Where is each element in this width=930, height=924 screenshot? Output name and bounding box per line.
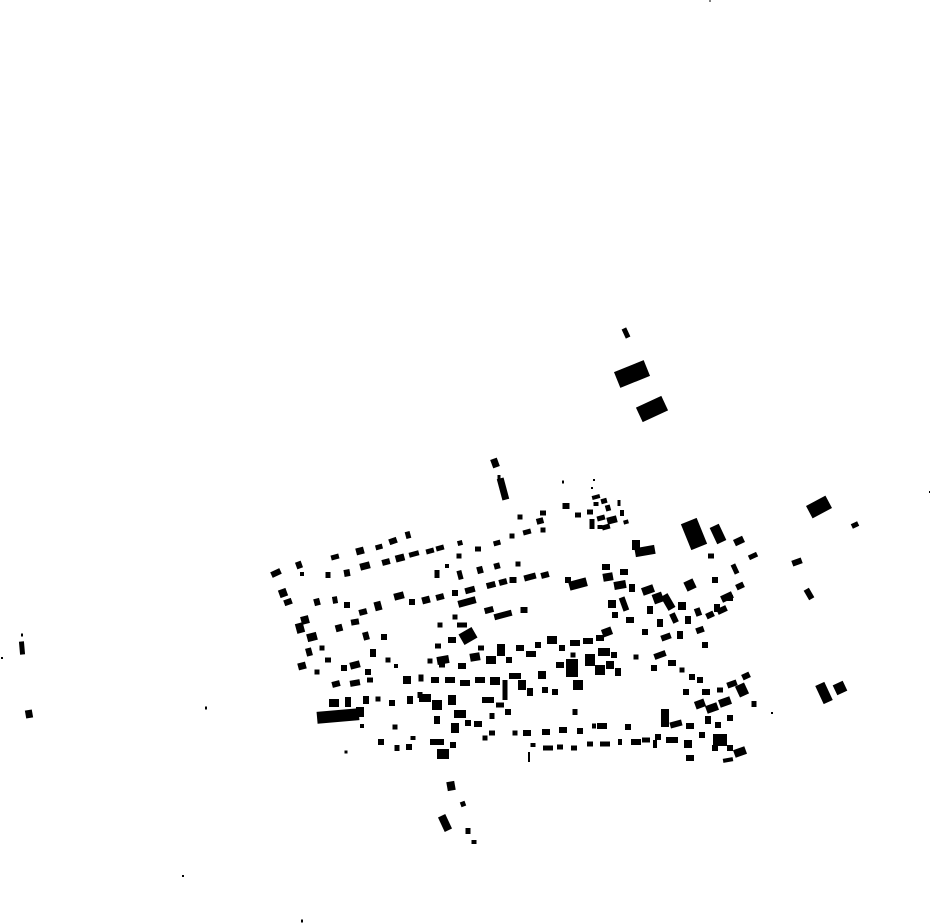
building-footprint xyxy=(409,599,415,605)
building-footprint xyxy=(498,578,507,586)
building-footprint xyxy=(606,661,614,669)
building-footprint xyxy=(522,529,531,536)
building-footprint xyxy=(618,739,622,745)
building-footprint xyxy=(733,746,747,758)
building-footprint xyxy=(748,552,758,560)
building-footprint xyxy=(733,536,745,547)
building-footprint xyxy=(626,617,634,623)
building-footprint xyxy=(497,477,509,500)
building-footprint xyxy=(472,840,477,844)
building-footprint xyxy=(601,524,610,531)
building-footprint xyxy=(526,651,536,657)
building-footprint xyxy=(562,481,564,484)
building-footprint xyxy=(300,572,304,576)
building-footprint xyxy=(425,548,434,555)
building-footprint xyxy=(509,673,521,679)
building-footprints-layer xyxy=(0,0,930,924)
building-footprint xyxy=(306,632,318,642)
building-footprint xyxy=(456,570,463,580)
building-footprint xyxy=(611,652,617,658)
building-footprint xyxy=(653,650,666,660)
building-footprint xyxy=(370,649,376,657)
building-footprint xyxy=(694,699,706,710)
building-footprint xyxy=(727,715,733,721)
building-footprint xyxy=(552,689,558,695)
building-footprint xyxy=(547,636,557,644)
building-footprint xyxy=(718,696,732,708)
building-footprint xyxy=(735,582,745,591)
building-footprint xyxy=(355,547,365,556)
building-footprint xyxy=(469,652,480,662)
building-footprint xyxy=(680,668,685,673)
building-footprint xyxy=(503,680,508,700)
building-footprint xyxy=(436,655,449,665)
building-footprint xyxy=(490,677,500,685)
building-footprint xyxy=(278,588,288,598)
building-footprint xyxy=(358,608,367,616)
building-footprint xyxy=(727,745,733,751)
building-footprint xyxy=(490,713,495,719)
building-footprint xyxy=(577,728,583,734)
building-footprint xyxy=(669,612,679,624)
building-footprint xyxy=(493,562,500,569)
building-footprint xyxy=(702,689,710,695)
building-footprint xyxy=(457,623,467,628)
building-footprint xyxy=(493,540,501,547)
building-footprint xyxy=(432,700,442,710)
building-footprint xyxy=(708,554,714,559)
building-footprint xyxy=(528,752,530,762)
building-footprint xyxy=(494,610,513,620)
building-footprint xyxy=(683,689,689,695)
building-footprint xyxy=(446,781,455,791)
building-footprint xyxy=(597,723,607,729)
building-footprint xyxy=(661,593,676,611)
building-footprint xyxy=(460,801,466,807)
building-footprint xyxy=(434,716,440,724)
building-footprint xyxy=(460,680,470,686)
building-footprint xyxy=(421,596,431,605)
building-footprint xyxy=(591,487,593,489)
building-footprint xyxy=(668,660,676,666)
building-footprint xyxy=(625,724,631,730)
building-footprint xyxy=(851,521,859,528)
building-footprint xyxy=(598,648,610,656)
building-footprint xyxy=(523,573,536,582)
building-footprint xyxy=(329,699,339,707)
building-footprint xyxy=(587,510,593,515)
building-footprint xyxy=(727,595,733,601)
building-footprint xyxy=(25,709,33,718)
building-footprint xyxy=(642,629,648,635)
building-footprint xyxy=(431,677,439,683)
building-footprint xyxy=(378,739,384,745)
building-footprint xyxy=(435,593,444,601)
building-footprint xyxy=(356,707,364,717)
building-footprint xyxy=(465,720,471,726)
building-footprint xyxy=(636,396,668,422)
building-footprint xyxy=(712,577,718,583)
building-footprint xyxy=(592,724,596,729)
building-footprint xyxy=(381,634,387,640)
building-footprint xyxy=(791,557,802,566)
building-footprint xyxy=(660,632,671,641)
building-footprint xyxy=(403,676,411,684)
building-footprint xyxy=(605,504,611,511)
building-footprint xyxy=(395,745,400,751)
building-footprint xyxy=(600,498,607,504)
building-footprint xyxy=(409,550,420,557)
building-footprint xyxy=(343,569,350,577)
building-footprint xyxy=(437,749,449,759)
building-footprint xyxy=(182,875,184,877)
building-footprint xyxy=(541,528,546,533)
building-footprint xyxy=(542,729,550,735)
building-footprint xyxy=(438,814,452,832)
building-footprint xyxy=(657,619,663,627)
building-footprint xyxy=(360,724,364,728)
building-footprint xyxy=(752,701,757,707)
building-footprint xyxy=(506,657,512,663)
building-footprint xyxy=(450,742,456,748)
building-footprint xyxy=(669,720,682,729)
building-footprint xyxy=(459,627,478,645)
building-footprint xyxy=(587,742,593,747)
building-footprint xyxy=(496,703,504,708)
building-footprint xyxy=(373,601,382,612)
building-footprint xyxy=(590,519,595,529)
building-footprint xyxy=(594,502,599,506)
building-footprint xyxy=(559,727,567,733)
building-footprint xyxy=(705,702,719,714)
building-footprint xyxy=(389,700,395,706)
building-footprint xyxy=(381,558,390,566)
building-footprint xyxy=(419,694,431,702)
building-footprint xyxy=(483,736,488,741)
building-footprint xyxy=(523,730,531,736)
building-footprint xyxy=(452,590,458,596)
building-footprint xyxy=(678,602,686,610)
building-footprint xyxy=(620,510,624,516)
building-footprint xyxy=(631,739,641,745)
building-footprint xyxy=(566,659,578,677)
building-footprint xyxy=(571,746,577,751)
building-footprint xyxy=(454,710,466,718)
building-footprint xyxy=(283,598,293,606)
building-footprint xyxy=(686,755,694,761)
building-footprint xyxy=(305,647,313,656)
building-footprint xyxy=(596,635,604,641)
building-footprint xyxy=(395,553,406,562)
building-footprint xyxy=(600,742,610,747)
building-footprint xyxy=(686,723,694,729)
building-footprint xyxy=(438,623,443,628)
building-footprint xyxy=(629,584,635,592)
building-footprint xyxy=(490,458,500,469)
building-footprint xyxy=(694,607,702,617)
building-footprint xyxy=(301,920,303,923)
building-footprint xyxy=(641,584,655,596)
building-footprint xyxy=(332,596,338,604)
building-footprint xyxy=(341,665,347,671)
building-footprint xyxy=(538,671,546,679)
building-footprint xyxy=(498,475,501,479)
building-footprint xyxy=(320,646,325,651)
building-footprint xyxy=(623,519,629,524)
building-footprint xyxy=(575,513,581,518)
building-footprint xyxy=(521,607,528,613)
building-footprint xyxy=(345,751,348,754)
building-footprint xyxy=(713,734,727,746)
building-footprint xyxy=(513,731,518,736)
building-footprint xyxy=(484,606,494,614)
building-footprint xyxy=(815,682,833,704)
building-footprint xyxy=(593,479,595,481)
building-footprint xyxy=(365,669,371,675)
building-footprint xyxy=(806,496,832,519)
building-footprint xyxy=(474,721,482,727)
building-footprint xyxy=(505,709,511,715)
building-footprint xyxy=(376,697,381,702)
building-footprint xyxy=(612,612,618,618)
building-footprint xyxy=(393,725,398,730)
building-footprint xyxy=(613,580,626,590)
building-footprint xyxy=(571,653,576,658)
building-footprint xyxy=(731,563,740,574)
building-footprint xyxy=(406,744,412,750)
building-footprint xyxy=(475,547,481,552)
building-footprint xyxy=(685,616,691,624)
building-footprint xyxy=(570,640,580,646)
building-footprint xyxy=(448,695,456,705)
building-footprint xyxy=(419,675,424,682)
building-footprint xyxy=(518,515,523,520)
building-footprint xyxy=(619,596,629,611)
building-footprint xyxy=(804,588,815,601)
building-footprint xyxy=(330,554,339,561)
building-footprint xyxy=(608,600,616,608)
building-footprint xyxy=(510,577,517,583)
building-footprint xyxy=(557,745,563,750)
building-footprint xyxy=(1,657,3,659)
building-footprint xyxy=(710,0,711,2)
building-footprint xyxy=(647,606,653,614)
building-footprint xyxy=(349,660,360,669)
building-footprint xyxy=(540,571,549,579)
building-footprint xyxy=(651,665,657,671)
building-footprint xyxy=(475,677,485,683)
building-footprint xyxy=(516,645,524,651)
building-footprint xyxy=(457,596,476,607)
building-footprint xyxy=(486,581,496,589)
building-footprint xyxy=(695,626,705,634)
building-footprint xyxy=(606,515,617,524)
building-footprint xyxy=(510,534,515,539)
building-footprint xyxy=(315,670,320,675)
building-footprint xyxy=(428,659,433,664)
building-footprint xyxy=(518,680,526,690)
building-footprint xyxy=(689,674,695,680)
building-footprint xyxy=(335,624,344,633)
building-footprint xyxy=(542,687,548,693)
building-footprint xyxy=(388,537,398,545)
building-footprint xyxy=(540,511,546,516)
building-footprint xyxy=(363,696,369,704)
building-footprint xyxy=(458,663,466,669)
building-footprint xyxy=(565,577,571,583)
building-footprint xyxy=(702,642,708,648)
building-footprint xyxy=(435,545,444,552)
building-footprint xyxy=(476,566,484,574)
building-footprint xyxy=(535,642,541,648)
building-footprint xyxy=(497,644,505,656)
building-footprint xyxy=(715,722,721,728)
building-footprint xyxy=(563,503,570,509)
building-footprint xyxy=(350,679,361,687)
building-footprint xyxy=(618,500,621,506)
building-footprint xyxy=(451,723,459,733)
building-footprint xyxy=(592,494,601,500)
building-footprint xyxy=(326,572,331,578)
building-footprint xyxy=(573,709,578,715)
building-footprint xyxy=(771,712,773,714)
building-footprint xyxy=(478,646,484,651)
building-footprint xyxy=(712,745,718,751)
building-footprint xyxy=(536,517,544,525)
building-footprint xyxy=(362,631,370,640)
building-footprint xyxy=(642,738,650,743)
building-footprint xyxy=(653,740,657,748)
building-footprint xyxy=(655,734,661,740)
building-footprint xyxy=(331,680,340,688)
building-footprint xyxy=(486,656,496,664)
building-footprint xyxy=(559,645,565,651)
building-footprint xyxy=(681,518,707,550)
building-footprint xyxy=(585,654,595,666)
building-footprint xyxy=(573,680,583,690)
building-footprint xyxy=(205,707,207,710)
building-footprint xyxy=(325,658,331,663)
building-footprint xyxy=(297,662,307,671)
building-footprint xyxy=(684,740,692,748)
building-footprint xyxy=(394,664,398,668)
building-footprint xyxy=(448,637,456,643)
building-footprint xyxy=(666,737,678,743)
building-footprint xyxy=(489,731,495,736)
building-footprint xyxy=(741,672,751,681)
building-footprint xyxy=(405,531,412,539)
building-footprint xyxy=(543,746,553,751)
building-footprint xyxy=(677,631,683,639)
building-footprint xyxy=(602,564,610,570)
building-footprint xyxy=(632,540,640,550)
building-footprint xyxy=(596,515,605,522)
building-footprint xyxy=(583,638,593,644)
building-footprint xyxy=(345,697,351,707)
building-footprint xyxy=(411,736,416,740)
building-footprint xyxy=(21,634,23,637)
building-footprint xyxy=(717,688,723,693)
figure-ground-map xyxy=(0,0,930,924)
building-footprint xyxy=(295,561,303,570)
building-footprint xyxy=(435,570,440,578)
building-footprint xyxy=(359,561,370,570)
building-footprint xyxy=(351,618,360,625)
building-footprint xyxy=(457,554,462,559)
building-footprint xyxy=(699,732,705,738)
building-footprint xyxy=(313,598,321,606)
building-footprint xyxy=(710,524,727,545)
building-footprint xyxy=(683,578,696,591)
building-footprint xyxy=(568,577,588,590)
building-footprint xyxy=(453,615,458,620)
building-footprint xyxy=(705,611,715,620)
building-footprint xyxy=(344,602,350,608)
building-footprint xyxy=(393,591,404,600)
building-footprint xyxy=(270,568,282,578)
building-footprint xyxy=(527,688,533,696)
building-footprint xyxy=(723,757,734,763)
building-footprint xyxy=(464,586,475,594)
building-footprint xyxy=(833,681,848,696)
building-footprint xyxy=(661,709,669,727)
building-footprint xyxy=(516,562,521,567)
building-footprint xyxy=(317,708,360,724)
building-footprint xyxy=(614,360,650,388)
building-footprint xyxy=(386,658,391,663)
building-footprint xyxy=(407,696,413,704)
building-footprint xyxy=(622,327,631,338)
building-footprint xyxy=(19,641,25,654)
building-footprint xyxy=(697,677,703,683)
building-footprint xyxy=(634,655,639,660)
building-footprint xyxy=(620,569,628,575)
building-footprint xyxy=(556,662,564,668)
building-footprint xyxy=(705,716,711,724)
building-footprint xyxy=(435,644,441,649)
building-footprint xyxy=(445,677,455,683)
building-footprint xyxy=(367,678,373,683)
building-footprint xyxy=(602,572,613,582)
building-footprint xyxy=(482,697,494,703)
building-footprint xyxy=(466,828,471,834)
building-footprint xyxy=(430,739,444,745)
building-footprint xyxy=(457,540,463,546)
building-footprint xyxy=(531,743,536,747)
building-footprint xyxy=(375,544,383,551)
building-footprint xyxy=(615,668,621,676)
building-footprint xyxy=(445,564,449,568)
building-footprint xyxy=(595,665,605,675)
